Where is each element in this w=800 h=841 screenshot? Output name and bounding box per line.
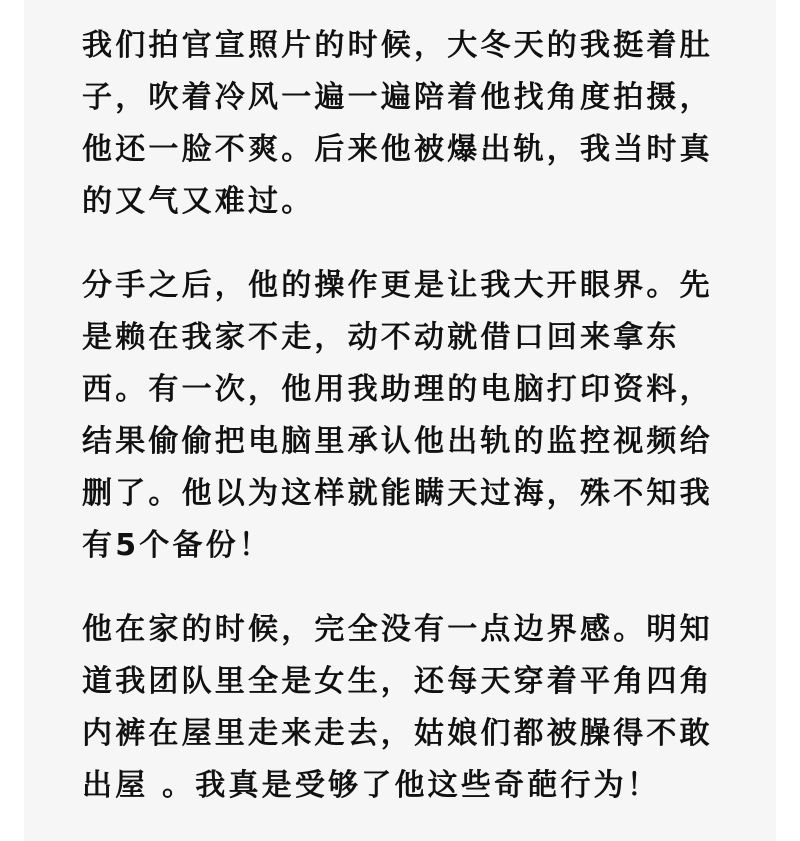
text-line: 内裤在屋里走来走去，姑娘们都被臊得不敢 [82,708,752,760]
paragraph-1: 我们拍官宣照片的时候，大冬天的我挺着肚 子，吹着冷风一遍一遍陪着他找角度拍摄， … [82,20,752,228]
text-line: 删了。他以为这样就能瞒天过海，殊不知我 [82,468,752,520]
paragraph-2: 分手之后，他的操作更是让我大开眼界。先 是赖在我家不走，动不动就借口回来拿东 西… [82,260,752,572]
text-line: 结果偷偷把电脑里承认他出轨的监控视频给 [82,416,752,468]
text-line: 道我团队里全是女生，还每天穿着平角四角 [82,656,752,708]
text-line: 我们拍官宣照片的时候，大冬天的我挺着肚 [82,20,752,72]
text-line: 是赖在我家不走，动不动就借口回来拿东 [82,312,752,364]
paragraph-3: 他在家的时候，完全没有一点边界感。明知 道我团队里全是女生，还每天穿着平角四角 … [82,604,752,812]
text-card: 我们拍官宣照片的时候，大冬天的我挺着肚 子，吹着冷风一遍一遍陪着他找角度拍摄， … [24,0,776,841]
text-line: 有5个备份！ [82,520,752,572]
text-line: 他还一脸不爽。后来他被爆出轨，我当时真 [82,124,752,176]
article-body: 我们拍官宣照片的时候，大冬天的我挺着肚 子，吹着冷风一遍一遍陪着他找角度拍摄， … [82,20,752,841]
text-line: 出屋 。我真是受够了他这些奇葩行为！ [82,760,752,812]
text-line: 他在家的时候，完全没有一点边界感。明知 [82,604,752,656]
text-line: 西。有一次，他用我助理的电脑打印资料， [82,364,752,416]
text-line: 子，吹着冷风一遍一遍陪着他找角度拍摄， [82,72,752,124]
text-line: 的又气又难过。 [82,176,752,228]
text-line: 分手之后，他的操作更是让我大开眼界。先 [82,260,752,312]
